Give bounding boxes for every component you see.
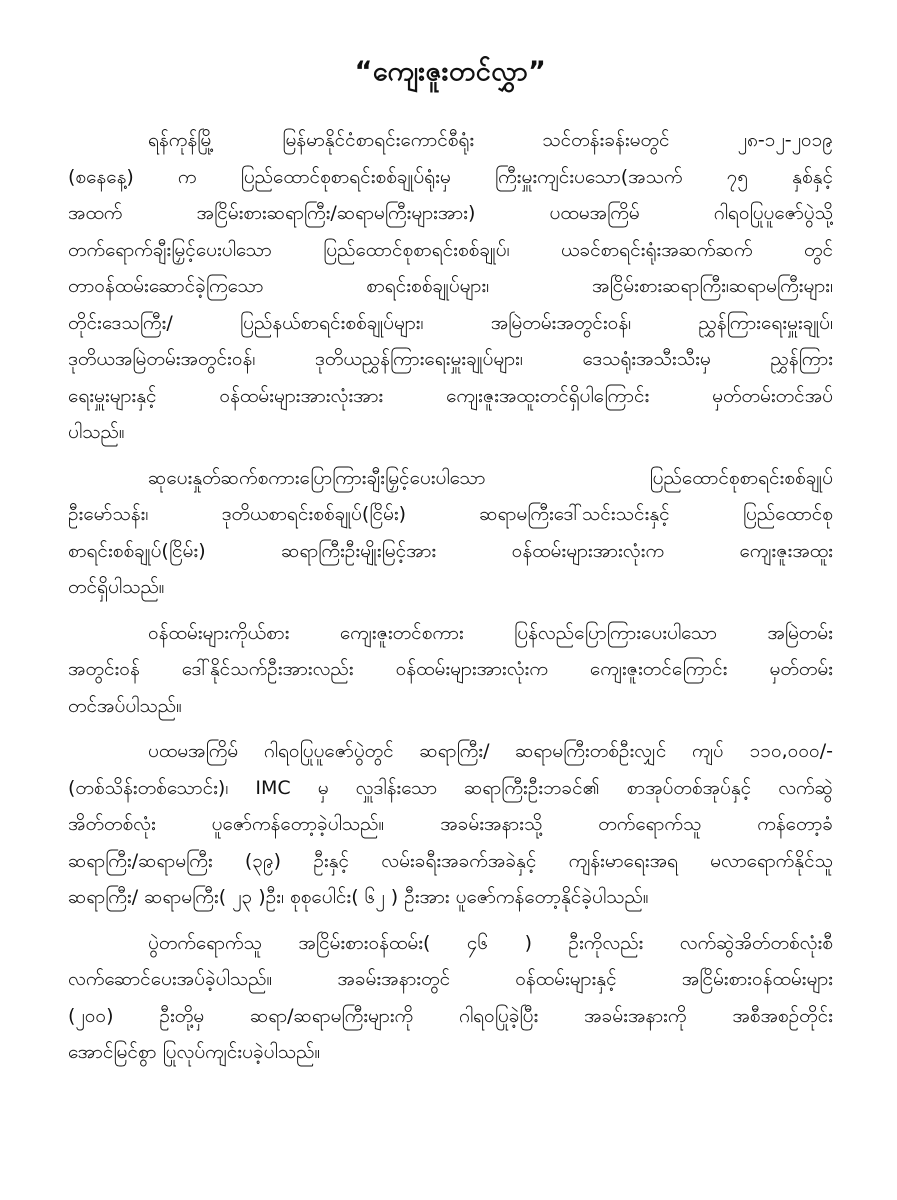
- text-line: တင်ရှိပါသည်။: [68, 569, 833, 606]
- text-line: ရေးမှူးများနှင့် ဝန်ထမ်းများအားလုံးအား က…: [68, 378, 833, 415]
- text-line: (စနေနေ့) က ပြည်ထောင်စုစာရင်းစစ်ချုပ်ရုံး…: [68, 159, 833, 196]
- text-line: အိတ်တစ်လုံး ပူဇော်ကန်တော့ခဲ့ပါသည်။ အခမ်း…: [68, 806, 833, 843]
- text-line: တိုင်းဒေသကြီး/ ပြည်နယ်စာရင်းစစ်ချုပ်များ…: [68, 305, 833, 342]
- paragraph-1: ရန်ကုန်မြို့ မြန်မာနိုင်ငံစာရင်းကောင်စီရ…: [68, 122, 833, 451]
- text-line: ဒုတိယအမြဲတမ်းအတွင်းဝန်၊ ဒုတိယညွှန်ကြားရေ…: [68, 341, 833, 378]
- text-line: တက်ရောက်ချီးမြှင့်ပေးပါသော ပြည်ထောင်စုစာ…: [68, 232, 833, 269]
- text-line: ဆုပေးနှုတ်ဆက်စကားပြောကြားချီးမြှင့်ပေးပါ…: [68, 460, 833, 497]
- text-line: တင်အပ်ပါသည်။: [68, 688, 833, 725]
- text-line: ဦးမော်သန်း၊ ဒုတိယစာရင်းစစ်ချုပ်(ငြိမ်း) …: [68, 496, 833, 533]
- paragraph-4: ပထမအကြိမ် ဂါရဝပြုပူဇော်ပွဲတွင် ဆရာကြီး/ …: [68, 733, 833, 916]
- text-line: စာရင်းစစ်ချုပ်(ငြိမ်း) ဆရာကြီးဦးမျိုးမြင…: [68, 533, 833, 570]
- paragraph-2: ဆုပေးနှုတ်ဆက်စကားပြောကြားချီးမြှင့်ပေးပါ…: [68, 460, 833, 606]
- document-page: “ကျေးဇူးတင်လွှာ” ရန်ကုန်မြို့ မြန်မာနိုင…: [0, 0, 897, 1200]
- document-title: “ကျေးဇူးတင်လွှာ”: [68, 0, 833, 112]
- text-line: ပထမအကြိမ် ဂါရဝပြုပူဇော်ပွဲတွင် ဆရာကြီး/ …: [68, 733, 833, 770]
- paragraph-3: ဝန်ထမ်းများကိုယ်စား ကျေးဇူးတင်စကား ပြန်လ…: [68, 615, 833, 725]
- text-line: လက်ဆောင်ပေးအပ်ခဲ့ပါသည်။ အခမ်းအနားတွင် ဝန…: [68, 961, 833, 998]
- text-line: (၂၀၀) ဦးတို့မှ ဆရာ/ဆရာမကြီးများကို ဂါရဝပ…: [68, 998, 833, 1035]
- text-line: ရန်ကုန်မြို့ မြန်မာနိုင်ငံစာရင်းကောင်စီရ…: [68, 122, 833, 159]
- text-line: ပါသည်။: [68, 414, 833, 451]
- paragraph-5: ပွဲတက်ရောက်သူ အငြိမ်းစားဝန်ထမ်း( ၄၆ ) ဦး…: [68, 925, 833, 1071]
- text-line: အောင်မြင်စွာ ပြုလုပ်ကျင်းပခဲ့ပါသည်။: [68, 1034, 833, 1071]
- text-line: (တစ်သိန်းတစ်သောင်း)၊ IMC မှ လှူဒါန်းသော …: [68, 770, 833, 807]
- text-line: ပွဲတက်ရောက်သူ အငြိမ်းစားဝန်ထမ်း( ၄၆ ) ဦး…: [68, 925, 833, 962]
- text-line: ဆရာကြီး/ ဆရာမကြီး( ၂၃ )ဦး၊ စုစုပေါင်း( ၆…: [68, 879, 833, 916]
- text-line: တာဝန်ထမ်းဆောင်ခဲ့ကြသော စာရင်းစစ်ချုပ်မျာ…: [68, 268, 833, 305]
- text-line: အထက် အငြိမ်းစားဆရာကြီး/ဆရာမကြီးများအား) …: [68, 195, 833, 232]
- text-line: ဆရာကြီး/ဆရာမကြီး (၃၉) ဦးနှင့် လမ်းခရီးအခ…: [68, 843, 833, 880]
- text-line: ဝန်ထမ်းများကိုယ်စား ကျေးဇူးတင်စကား ပြန်လ…: [68, 615, 833, 652]
- text-line: အတွင်းဝန် ဒေါ်နိုင်သက်ဦးအားလည်း ဝန်ထမ်းမ…: [68, 651, 833, 688]
